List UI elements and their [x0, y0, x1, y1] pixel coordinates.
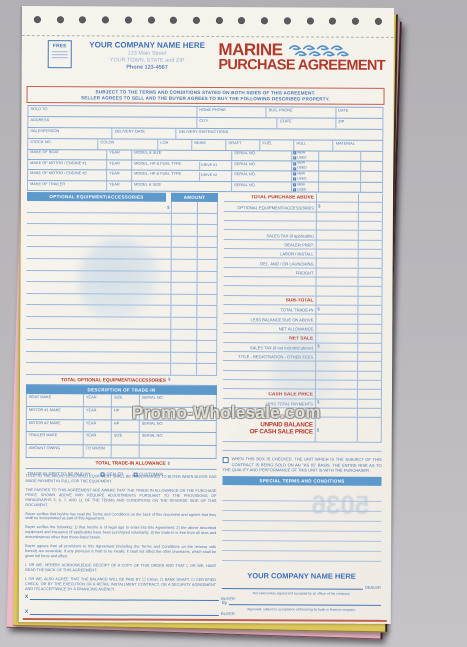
tractor-feed-hole — [261, 17, 268, 24]
form-sheet: FREE YOUR COMPANY NAME HERE 123 Main Str… — [19, 6, 394, 624]
field-sold-to: SOLD TO — [27, 106, 197, 117]
totals-cents-cell — [357, 325, 382, 333]
field-bus-phone: BUS. PHONE — [267, 107, 336, 117]
form-header: FREE YOUR COMPANY NAME HERE 123 Main Str… — [48, 40, 388, 86]
dealer-signature-block: YOUR COMPANY NAME HERE DEALER Not valid … — [222, 571, 381, 612]
field-home-phone: HOME PHONE — [197, 107, 266, 117]
new-checkbox — [293, 162, 296, 165]
optional-equipment-row — [26, 329, 217, 342]
trade-in-year-cell: YEAR — [84, 433, 112, 445]
terms-paragraph: Buyer verifies the following: 1) that he… — [25, 525, 216, 541]
field-address: ADDRESS — [27, 117, 197, 128]
totals-amount-cell: $ — [316, 278, 358, 287]
totals-amount-cell: $ — [316, 212, 358, 221]
tractor-feed-hole — [193, 17, 200, 24]
trade-in-row: AMOUNT OWING TO WHOM — [26, 445, 217, 459]
totals-amount-cell: $ — [316, 203, 358, 212]
unit-detail-cell: MODEL, HP & FUEL TYPE DRIVE #1 — [132, 160, 232, 170]
totals-amount-cell: $ — [316, 259, 358, 268]
tractor-feed-hole — [284, 17, 291, 24]
terms-paragraph: TITLE TO THE ABOVE DESCRIBED EQUIPMENT S… — [25, 474, 216, 485]
optional-equipment-row — [26, 363, 217, 376]
tractor-feed-hole — [352, 18, 359, 25]
dealer-signature-line: DEALER — [222, 584, 381, 590]
totals-amount-cell: $ — [316, 194, 358, 203]
totals-cents-cell — [357, 362, 382, 370]
totals-cents-cell — [357, 315, 382, 323]
waves-icon — [287, 43, 349, 57]
unit-year-cell: YEAR — [107, 171, 132, 181]
totals-cents-cell — [358, 269, 383, 277]
unit-year-cell: YEAR — [107, 181, 132, 191]
trade-in-year-cell: YEAR — [84, 420, 112, 432]
first-row-dollar: $ — [167, 205, 169, 210]
totals-cents-cell — [358, 250, 383, 258]
tractor-feed-hole — [238, 17, 245, 24]
unit-cents-cell — [361, 161, 383, 171]
totals-amount-cell: $ — [316, 250, 358, 259]
new-checkbox — [293, 173, 296, 176]
unit-year-cell: YEAR — [107, 160, 132, 170]
unit-detail-cell: MODEL & SIZE — [132, 150, 232, 160]
company-name: YOUR COMPANY NAME HERE — [76, 40, 219, 51]
dealer-company-name: YOUR COMPANY NAME HERE — [222, 571, 381, 581]
unit-cents-cell — [361, 172, 383, 182]
trade-in-item-cell: MOTOR #2 MAKE — [26, 420, 84, 432]
company-phone: Phone 123-4567 — [76, 64, 219, 72]
totals-amount-cell: $ — [316, 240, 358, 249]
terms-paragraph: THE PARTIES TO THIS AGREEMENT ARE AWARE … — [25, 488, 216, 509]
tractor-feed-hole — [170, 17, 177, 24]
totals-cents-cell — [358, 203, 383, 211]
trade-in-item-cell: BOAT MAKE — [26, 394, 84, 406]
totals-cents-cell — [357, 287, 382, 295]
bottom-rule — [23, 618, 387, 622]
unit-serial-cell: SERIAL NO. — [232, 171, 292, 181]
tractor-feed-hole — [34, 16, 41, 23]
tractor-feed-hole — [148, 17, 155, 24]
trade-in-item-cell: TRAILER MAKE — [26, 432, 84, 444]
as-is-clause: WHEN THIS BOX IS CHECKED, THE UNIT WHICH… — [223, 456, 382, 473]
company-block: YOUR COMPANY NAME HERE 123 Main Street Y… — [76, 40, 219, 85]
tractor-feed-hole — [125, 17, 132, 24]
unit-new-used-cell: NEW USED — [292, 172, 319, 182]
unit-cents-cell — [361, 183, 383, 193]
field-stock-no: STOCK NO. — [27, 139, 98, 149]
field-color: COLOR — [98, 139, 158, 149]
form-title: MARINE PURCHASE AGREEMENT — [218, 41, 388, 86]
unit-new-used-cell: NEW USED — [292, 161, 319, 171]
product-photo: FREE YOUR COMPANY NAME HERE 123 Main Str… — [0, 0, 467, 647]
tractor-feed-hole — [307, 17, 314, 24]
optional-equipment-row — [26, 352, 217, 365]
used-checkbox — [293, 188, 296, 191]
totals-cents-cell — [358, 194, 383, 202]
by-signature-line: By — [222, 600, 381, 606]
field-zip: ZIP — [336, 119, 383, 129]
totals-amount-cell: $ — [315, 324, 357, 333]
unit-description-table: MAKE OF BOAT YEAR MODEL & SIZE SERIAL NO… — [27, 149, 383, 193]
unit-detail-cell: MODEL & SIZE — [132, 181, 232, 191]
totals-amount-cell: $ — [315, 287, 357, 296]
unit-year-cell: YEAR — [107, 149, 132, 159]
new-checkbox — [293, 151, 296, 154]
optional-equipment-row — [27, 213, 218, 226]
tractor-feed-hole — [79, 16, 86, 23]
terms-paragraph: I, OR WE, HEREBY ACKNOWLEDGE RECEIPT OF … — [25, 563, 216, 574]
tractor-feed-strip — [22, 6, 394, 38]
amount-column-header: AMOUNT — [171, 193, 218, 202]
field-material: MATERIAL — [334, 141, 384, 151]
totals-cents-cell — [358, 222, 383, 230]
terms-paragraph: Buyer verifies that he/she has read the … — [25, 512, 216, 523]
tractor-holes — [22, 6, 394, 25]
unit-serial-cell: SERIAL NO. — [232, 150, 292, 160]
field-state: STATE — [278, 118, 336, 128]
field-fuel: FUEL — [260, 140, 294, 150]
trade-in-row: TRAILER MAKE YEAR SIZE SERIAL NO. — [26, 432, 217, 446]
unit-drive-cell: DRIVE #1 — [199, 162, 231, 171]
subject-line2: SELLER AGREES TO SELL AND THE BUYER AGRE… — [28, 95, 384, 103]
unit-name-cell: MAKE OF MOTOR / ENGINE #2 — [27, 170, 107, 180]
field-city: CITY — [197, 118, 278, 128]
field-delivery-date: DELIVERY DATE — [113, 128, 177, 138]
totals-amount-cell: $ — [315, 296, 357, 305]
tractor-feed-hole — [102, 16, 109, 23]
trade-in-item-cell: AMOUNT OWING — [26, 445, 84, 457]
totals-cents-cell — [357, 409, 382, 417]
totals-cents-cell — [357, 343, 382, 351]
trade-in-serial-cell — [140, 446, 217, 458]
tractor-feed-hole — [375, 18, 382, 25]
field-beam: BEAM — [192, 140, 226, 150]
terms-paragraph: Buyer agrees that all provisions to this… — [25, 544, 216, 560]
trade-in-size-cell: SIZE — [112, 433, 140, 445]
terms-paragraph: I, OR WE, ALSO AGREE THAT THE BALANCE WI… — [25, 577, 216, 593]
field-salesperson: SALESPERSON — [27, 128, 112, 138]
trade-in-item-cell: MOTOR #1 MAKE — [26, 407, 84, 419]
free-logo-box: FREE — [48, 40, 72, 68]
title-line1: MARINE — [218, 41, 282, 58]
show-through-graphic — [78, 238, 160, 322]
field-delivery-instructions: DELIVERY INSTRUCTIONS — [177, 129, 384, 140]
totals-cents-cell — [357, 371, 382, 379]
totals-cents-cell — [357, 334, 382, 342]
totals-cents-cell — [358, 212, 383, 220]
trade-in-size-cell — [112, 446, 140, 458]
field-hull: HULL — [294, 140, 333, 150]
unit-drive-cell: DRIVE #2 — [199, 172, 231, 181]
buyer-signature-line-2: X BUYER — [25, 609, 235, 616]
customer-info-grid: SOLD TO HOME PHONE BUS. PHONE DATE ADDRE… — [27, 105, 383, 152]
totals-amount-cell: $ — [315, 306, 357, 315]
trade-in-serial-cell: SERIAL NO. — [140, 433, 217, 445]
totals-amount-cell: $ — [316, 268, 358, 277]
totals-amount-cell: $ — [316, 231, 358, 240]
title-line2: PURCHASE AGREEMENT — [218, 58, 387, 74]
optional-equipment-row — [27, 201, 218, 214]
field-date: DATE — [336, 108, 383, 118]
totals-cents-cell — [358, 240, 383, 248]
unit-amount-cell: $ — [319, 172, 361, 182]
field-loa: LOA — [158, 140, 192, 150]
tractor-feed-hole — [216, 17, 223, 24]
show-through-form-number: 5036 — [311, 490, 369, 521]
totals-cents-cell — [357, 381, 382, 389]
unit-new-used-cell: NEW USED — [292, 182, 319, 192]
approved-note: Approved, subject to acceptance of finan… — [222, 607, 381, 612]
totals-amount-cell: $ — [316, 222, 358, 231]
trade-in-year-cell: YEAR — [84, 394, 112, 406]
unit-serial-cell: SERIAL NO. — [232, 161, 292, 171]
totals-cents-cell — [358, 259, 383, 267]
unit-amount-cell: $ — [319, 151, 361, 161]
unit-cents-cell — [361, 151, 383, 161]
subject-box: SUBJECT TO THE TERMS AND CONDITIONS STAT… — [26, 86, 384, 105]
buyer-signature-line-1: X BUYER — [25, 594, 235, 601]
totals-cents-cell — [357, 306, 382, 314]
watermark: Promo-Wholesale.com — [132, 403, 321, 424]
totals-cents-cell — [357, 390, 382, 398]
unit-amount-cell: $ — [319, 182, 361, 192]
unit-name-cell: MAKE OF BOAT — [27, 149, 107, 159]
totals-cents-cell — [357, 353, 382, 361]
totals-cents-cell — [358, 278, 383, 286]
unit-amount-cell: $ — [319, 161, 361, 171]
unit-name-cell: MAKE OF TRAILER — [27, 181, 107, 191]
totals-cents-cell — [357, 297, 382, 305]
totals-cents-cell — [357, 399, 382, 407]
trade-in-year-cell: YEAR — [84, 407, 112, 419]
used-checkbox — [293, 167, 296, 170]
tractor-feed-hole — [329, 18, 336, 25]
free-label: FREE — [53, 43, 67, 49]
as-is-checkbox — [223, 457, 229, 463]
totals-amount-cell: $ — [315, 315, 357, 324]
tractor-feed-hole — [57, 16, 64, 23]
optional-equipment-section: OPTIONAL EQUIPMENT/ACCESSORIES AMOUNT — [26, 192, 218, 480]
totals-cents-cell — [358, 231, 383, 239]
ruled-line — [222, 551, 381, 562]
optional-equipment-row — [27, 224, 218, 237]
used-checkbox — [293, 156, 296, 159]
terms-paragraphs: TITLE TO THE ABOVE DESCRIBED EQUIPMENT S… — [25, 474, 217, 597]
unit-new-used-cell: NEW USED — [292, 150, 319, 160]
field-draft: DRAFT — [226, 140, 260, 150]
special-terms-header: SPECIAL TERMS AND CONDITIONS — [222, 476, 381, 486]
optional-equipment-row — [26, 340, 217, 353]
new-checkbox — [293, 183, 296, 186]
officer-note: Not valid unless signed and accepted by … — [222, 591, 381, 596]
trade-in-year-cell: TO WHOM — [84, 445, 112, 457]
unit-detail-cell: MODEL, HP & FUEL TYPE DRIVE #2 — [132, 171, 232, 181]
unit-serial-cell: SERIAL NO. — [232, 182, 292, 192]
used-checkbox — [293, 178, 296, 181]
unit-name-cell: MAKE OF MOTOR / ENGINE #1 — [27, 160, 107, 170]
